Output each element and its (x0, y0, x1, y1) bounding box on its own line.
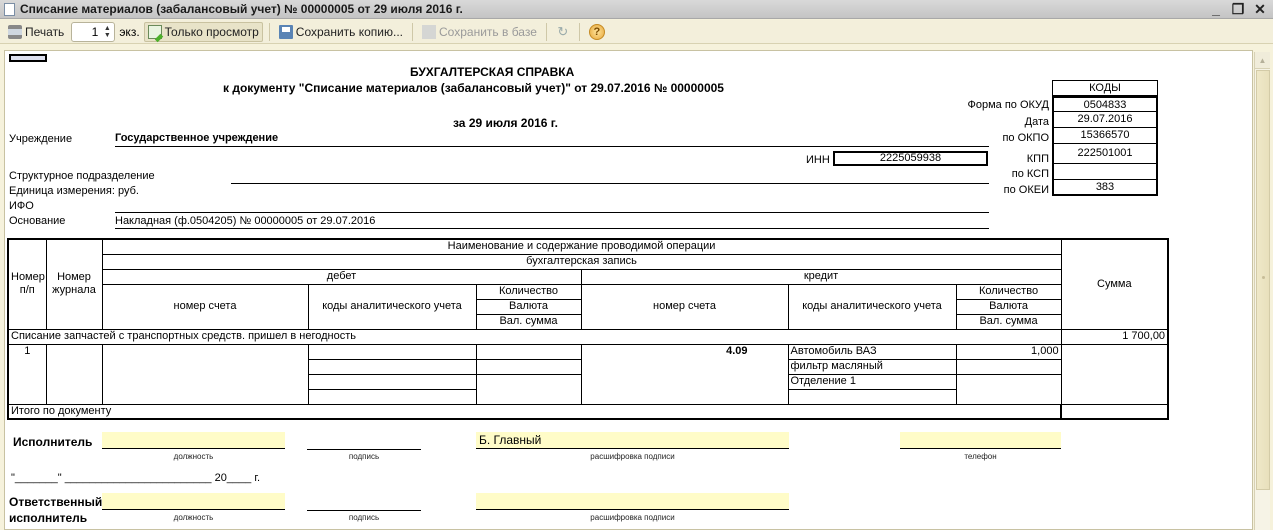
row-no: 1 (8, 344, 46, 404)
caption-signature: подпись (307, 452, 421, 461)
total-sum (1061, 404, 1168, 419)
code-label-date: Дата (929, 116, 1049, 128)
save-to-db-button[interactable]: Сохранить в базе (419, 22, 540, 42)
print-label: Печать (25, 25, 64, 39)
header-debit-currency-sum: Вал. сумма (476, 314, 581, 329)
code-okpo: 15366570 (1052, 128, 1158, 144)
caption-position-2: должность (102, 513, 285, 522)
code-label-okpo: по ОКПО (929, 132, 1049, 144)
document-icon (4, 3, 15, 16)
save-copy-label: Сохранить копию... (296, 25, 403, 39)
row-credit-analytic-3: Отделение 1 (788, 374, 956, 389)
date-line: "_______" ________________________ 20___… (11, 472, 260, 484)
responsible-signature-line (307, 510, 421, 511)
code-label-okei: по ОКЕИ (929, 184, 1049, 196)
header-debit-analytics: коды аналитического учета (308, 284, 476, 329)
row-debit-qty (476, 344, 581, 359)
responsible-name-field[interactable] (476, 493, 789, 510)
row-credit-qty: 1,000 (956, 344, 1061, 359)
row-debit-analytic-4 (308, 389, 476, 404)
code-label-ksp: по КСП (929, 168, 1049, 180)
toolbar-separator (269, 23, 270, 41)
header-credit-account: номер счета (581, 284, 788, 329)
row-debit-analytic-2 (308, 359, 476, 374)
executor-label: Исполнитель (13, 435, 92, 449)
edit-table-icon (148, 25, 162, 39)
document-title: БУХГАЛТЕРСКАЯ СПРАВКА (410, 65, 574, 79)
copies-stepper[interactable]: 1 ▲▼ (71, 22, 115, 42)
header-debit-account: номер счета (102, 284, 308, 329)
help-button[interactable]: ? (586, 22, 608, 42)
codes-header: КОДЫ (1052, 80, 1158, 96)
row-debit-analytic-1 (308, 344, 476, 359)
refresh-icon: ↻ (556, 25, 570, 39)
code-okud: 0504833 (1052, 96, 1158, 112)
close-icon[interactable]: ✕ (1253, 1, 1267, 18)
code-date: 29.07.2016 (1052, 112, 1158, 128)
row-debit-analytic-3 (308, 374, 476, 389)
document-subtitle: к документу "Списание материалов (забала… (223, 81, 724, 95)
header-debit-quantity: Количество (476, 284, 581, 299)
header-credit: кредит (581, 269, 1061, 284)
caption-position: должность (102, 452, 285, 461)
basis-label: Основание (9, 215, 65, 227)
total-label: Итого по документу (8, 404, 1061, 419)
header-debit-currency: Валюта (476, 299, 581, 314)
header-sum: Сумма (1061, 239, 1168, 329)
header-row-no: Номер п/п (8, 239, 46, 329)
copies-unit: экз. (119, 25, 139, 39)
refresh-button[interactable]: ↻ (553, 22, 573, 42)
header-credit-quantity: Количество (956, 284, 1061, 299)
table-row: 1 4.09 Автомобиль ВАЗ 1,000 (8, 344, 1168, 359)
toolbar-separator (579, 23, 580, 41)
code-label-okud: Форма по ОКУД (929, 99, 1049, 111)
toolbar: Печать 1 ▲▼ экз. Только просмотр Сохрани… (0, 20, 1273, 44)
institution-underline (115, 146, 989, 147)
caption-name-2: расшифровка подписи (476, 513, 789, 522)
row-debit-currency (476, 359, 581, 374)
scroll-up-arrow-icon[interactable]: ▲ (1255, 52, 1270, 69)
row-credit-analytic-2: фильтр масляный (788, 359, 956, 374)
institution-value: Государственное учреждение (115, 132, 278, 144)
cell-marker (9, 54, 47, 62)
toolbar-separator (546, 23, 547, 41)
header-entry: бухгалтерская запись (102, 254, 1061, 269)
ifo-underline (115, 212, 989, 213)
row-credit-currency-sum (956, 374, 1061, 404)
subdivision-label: Структурное подразделение (9, 170, 155, 182)
grip-icon (1262, 276, 1265, 279)
executor-signature-line (307, 449, 421, 450)
header-credit-currency-sum: Вал. сумма (956, 314, 1061, 329)
subdivision-underline (231, 183, 989, 184)
save-db-label: Сохранить в базе (439, 25, 537, 39)
code-ksp (1052, 164, 1158, 180)
entries-table: Номер п/п Номер журнала Наименование и с… (7, 238, 1169, 420)
database-save-icon (422, 25, 436, 39)
executor-name-field[interactable]: Б. Главный (476, 432, 789, 449)
copies-value[interactable]: 1 (92, 25, 99, 39)
scrollbar-thumb[interactable] (1256, 70, 1270, 490)
minimize-icon[interactable]: _ (1209, 1, 1223, 18)
row-credit-currency (956, 359, 1061, 374)
window-titlebar: Списание материалов (забалансовый учет) … (0, 0, 1273, 19)
operation-description: Списание запчастей с транспортных средст… (8, 329, 1061, 344)
responsible-label-line1: Ответственный (9, 495, 102, 509)
header-credit-analytics: коды аналитического учета (788, 284, 956, 329)
row-journal (46, 344, 102, 404)
printer-icon (8, 25, 22, 39)
header-credit-currency: Валюта (956, 299, 1061, 314)
row-sum (1061, 344, 1168, 404)
caption-phone: телефон (900, 452, 1061, 461)
vertical-scrollbar[interactable]: ▲ (1254, 52, 1270, 530)
inn-value: 2225059938 (833, 151, 988, 166)
header-journal-no: Номер журнала (46, 239, 102, 329)
window-title: Списание материалов (забалансовый учет) … (20, 2, 463, 16)
floppy-disk-icon (279, 25, 293, 39)
responsible-position-field[interactable] (102, 493, 285, 510)
document-view[interactable]: БУХГАЛТЕРСКАЯ СПРАВКА к документу "Списа… (4, 50, 1253, 530)
save-copy-button[interactable]: Сохранить копию... (276, 22, 406, 42)
executor-position-field[interactable] (102, 432, 285, 449)
row-credit-analytic-1: Автомобиль ВАЗ (788, 344, 956, 359)
codes-table: КОДЫ 0504833 29.07.2016 15366570 2225010… (1052, 80, 1158, 196)
institution-label: Учреждение (9, 133, 72, 145)
document-period: за 29 июля 2016 г. (453, 116, 558, 130)
row-credit-analytic-4 (788, 389, 956, 404)
basis-value: Накладная (ф.0504205) № 00000005 от 29.0… (115, 215, 375, 227)
view-only-toggle[interactable]: Только просмотр (144, 22, 263, 42)
code-okei: 383 (1052, 180, 1158, 196)
code-kpp: 222501001 (1052, 144, 1158, 164)
header-operation: Наименование и содержание проводимой опе… (102, 239, 1061, 254)
stepper-arrows-icon[interactable]: ▲▼ (102, 25, 112, 39)
unit-label: Единица измерения: руб. (9, 185, 139, 197)
toolbar-separator (412, 23, 413, 41)
operation-sum: 1 700,00 (1061, 329, 1168, 344)
row-debit-account (102, 344, 308, 404)
row-debit-currency-sum (476, 374, 581, 404)
print-button[interactable]: Печать (5, 22, 67, 42)
executor-phone-field[interactable] (900, 432, 1061, 449)
view-only-label: Только просмотр (165, 25, 259, 39)
ifo-label: ИФО (9, 200, 34, 212)
restore-icon[interactable]: ❐ (1231, 1, 1245, 18)
inn-label: ИНН (806, 154, 830, 166)
caption-signature-2: подпись (307, 513, 421, 522)
row-credit-account: 4.09 (581, 344, 788, 404)
responsible-label-line2: исполнитель (9, 511, 87, 525)
caption-name: расшифровка подписи (476, 452, 789, 461)
header-debit: дебет (102, 269, 581, 284)
basis-underline (115, 228, 989, 229)
help-icon: ? (589, 24, 605, 40)
